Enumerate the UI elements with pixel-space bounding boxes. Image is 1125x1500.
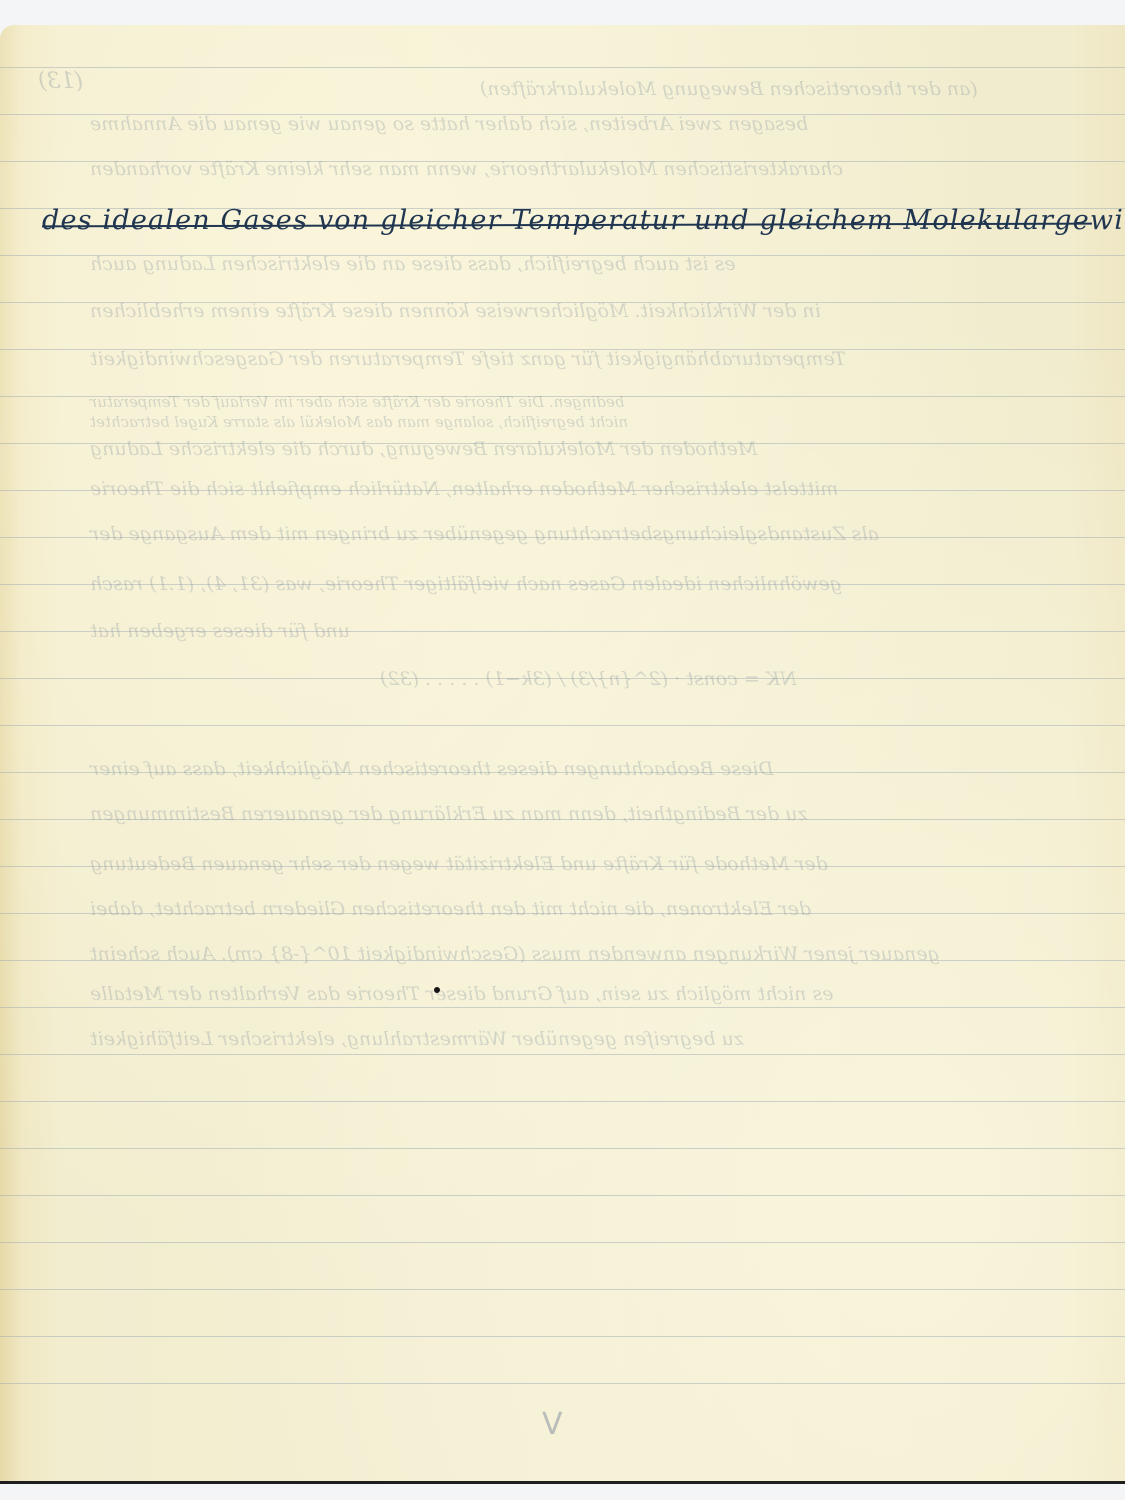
bleed-through-line: der Methode für Kräfte und Elektrizität … <box>90 853 828 875</box>
bleed-through-line: Methoden der Molekularen Bewegung, durch… <box>90 438 757 460</box>
ruled-line <box>0 1148 1125 1149</box>
bleed-through-line: zu begreifen gegenüber Wärmestrahlung, e… <box>90 1028 744 1050</box>
page-number-bleed-through: (13) <box>38 69 83 94</box>
bleed-through-line: (an der theoretischen Bewegung Molekular… <box>480 78 978 100</box>
bleed-through-line: es nicht möglich zu sein, auf Grund dies… <box>90 983 833 1005</box>
crossed-out-ink-line: des idealen Gases von gleicher Temperatu… <box>42 201 1122 245</box>
ruled-line <box>0 1101 1125 1102</box>
ink-text: des idealen Gases von gleicher Temperatu… <box>42 201 1125 241</box>
bleed-through-line: mittelst elektrischer Methoden erhalten,… <box>90 478 838 500</box>
bleed-through-line: und für dieses ergeben hat <box>90 620 350 642</box>
ink-dot <box>434 987 440 993</box>
bleed-through-line: der Elektronen, die nicht mit den theore… <box>90 898 811 920</box>
bleed-through-line: gewöhnlichen idealen Gases nach vielfält… <box>90 573 842 595</box>
ruled-line <box>0 1336 1125 1337</box>
bleed-through-line: nicht begreiflich, solange man das Molek… <box>90 413 628 431</box>
bleed-through-line: genauer jener Wirkungen anwenden muss (G… <box>90 943 940 965</box>
bleed-through-line: in der Wirklichkeit. Möglicherweise könn… <box>90 300 821 322</box>
ruled-line <box>0 1195 1125 1196</box>
ruled-line <box>0 1289 1125 1290</box>
bleed-through-line: besagen zwei Arbeiten, sich daher hatte … <box>90 113 808 135</box>
bleed-through-line: als Zustandsgleichungsbetrachtung gegenü… <box>90 523 879 545</box>
bottom-v-mark: V <box>542 1407 563 1442</box>
bleed-through-line: charakteristischen Molekulartheorie, wen… <box>90 158 843 180</box>
bleed-through-line: es ist auch begreiflich, dass diese an d… <box>90 253 736 275</box>
ruled-line <box>0 1383 1125 1384</box>
bleed-through-line: NK = const · (2^{n}/3) / (3k−1) . . . . … <box>380 668 797 690</box>
ruled-line <box>0 1242 1125 1243</box>
bleed-through-line: bedingen. Die Theorie der Kräfte sich ab… <box>90 393 624 411</box>
manuscript-page: (13) (an der theoretischen Bewegung Mole… <box>0 25 1125 1481</box>
ruled-line <box>0 67 1125 68</box>
bleed-through-line: Diese Beobachtungen dieses theoretischen… <box>90 758 774 780</box>
ruled-line <box>0 1054 1125 1055</box>
ruled-line <box>0 1007 1125 1008</box>
ruled-line <box>0 725 1125 726</box>
bleed-through-line: zu der Bedingtheit, denn man zu Erklärun… <box>90 803 807 825</box>
bleed-through-line: Temperaturabhängigkeit für ganz tiefe Te… <box>90 348 846 370</box>
